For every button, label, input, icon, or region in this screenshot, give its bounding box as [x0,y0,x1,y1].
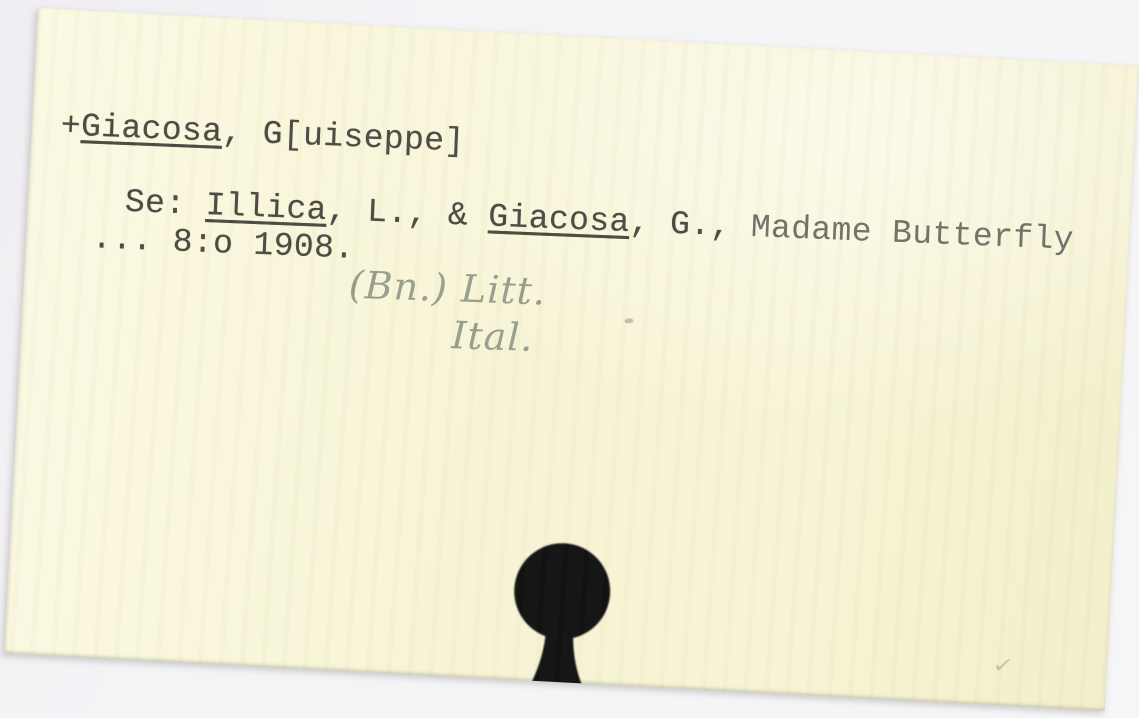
text-segment: , L., & [326,192,489,235]
typewritten-heading: +Giacosa, G[uiseppe] [60,109,465,159]
scanned-page-background: +Giacosa, G[uiseppe] Se: Illica, L., & G… [0,0,1139,718]
punch-hole-icon [483,522,641,688]
text-segment: Se: [124,184,206,224]
text-segment: Madame Butterfly [750,209,1074,259]
typewritten-imprint-line: ... 8:o 1908. [91,222,355,267]
pencil-check-mark: ✓ [990,650,1015,682]
catalog-card: +Giacosa, G[uiseppe] Se: Illica, L., & G… [4,8,1138,711]
text-segment: + [60,107,82,145]
text-segment: , G[uiseppe] [222,114,466,161]
text-segment: Giacosa [80,108,223,151]
pencil-speck [624,318,633,324]
text-segment: Illica [205,187,328,229]
text-segment: Giacosa [488,198,631,241]
handwritten-classification-line2: Ital. [451,315,535,358]
handwritten-classification-line1: (Bn.) Litt. [348,265,546,312]
text-segment: , G., [629,204,752,246]
